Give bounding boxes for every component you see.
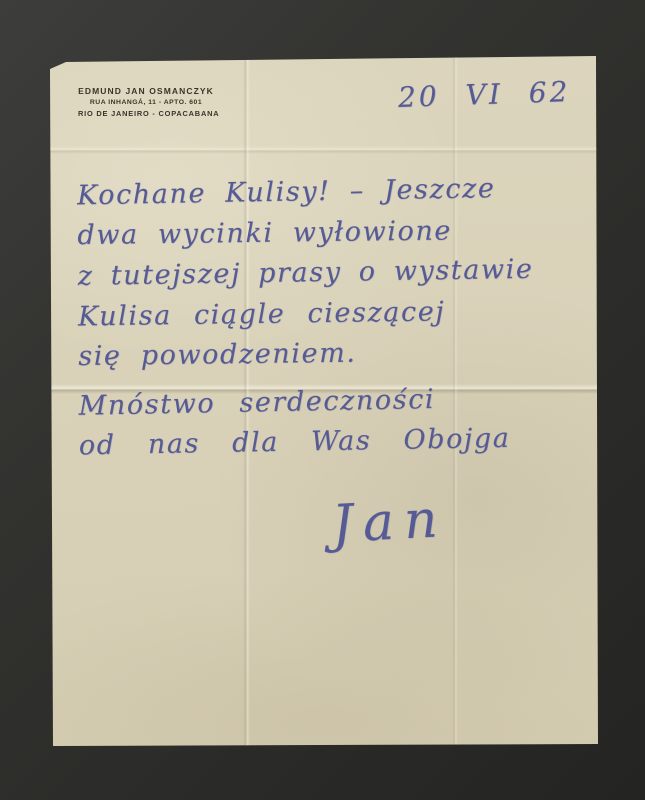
letterhead-address-line2: RIO DE JANEIRO - COPACABANA [78, 109, 214, 118]
letterhead-name: EDMUND JAN OSMANCZYK [78, 86, 214, 96]
letterhead-address-line1: RUA INHANGÁ, 11 - APTO. 601 [78, 99, 214, 106]
handwritten-date: 20 VI 62 [397, 75, 570, 114]
handwritten-line: Kulisa ciągle cieszącej [78, 290, 579, 337]
handwritten-line: się powodzeniem. [78, 331, 578, 378]
fold-crease-horizontal-faint [50, 146, 598, 154]
photo-mat-background: EDMUND JAN OSMANCZYK RUA INHANGÁ, 11 - A… [0, 0, 645, 800]
handwritten-line: dwa wycinki wyłowione [77, 209, 577, 256]
letterhead: EDMUND JAN OSMANCZYK RUA INHANGÁ, 11 - A… [78, 86, 214, 118]
signature: Jan [331, 489, 449, 555]
handwritten-line: z tutejszej prasy o wystawie [77, 249, 578, 297]
letter-paper: EDMUND JAN OSMANCZYK RUA INHANGÁ, 11 - A… [50, 54, 598, 746]
handwritten-body: Kochane Kulisy! – Jeszcze dwa wycinki wy… [77, 170, 579, 464]
handwritten-line: Kochane Kulisy! – Jeszcze [77, 168, 578, 217]
handwritten-line: od nas dla Was Obojga [79, 418, 580, 467]
